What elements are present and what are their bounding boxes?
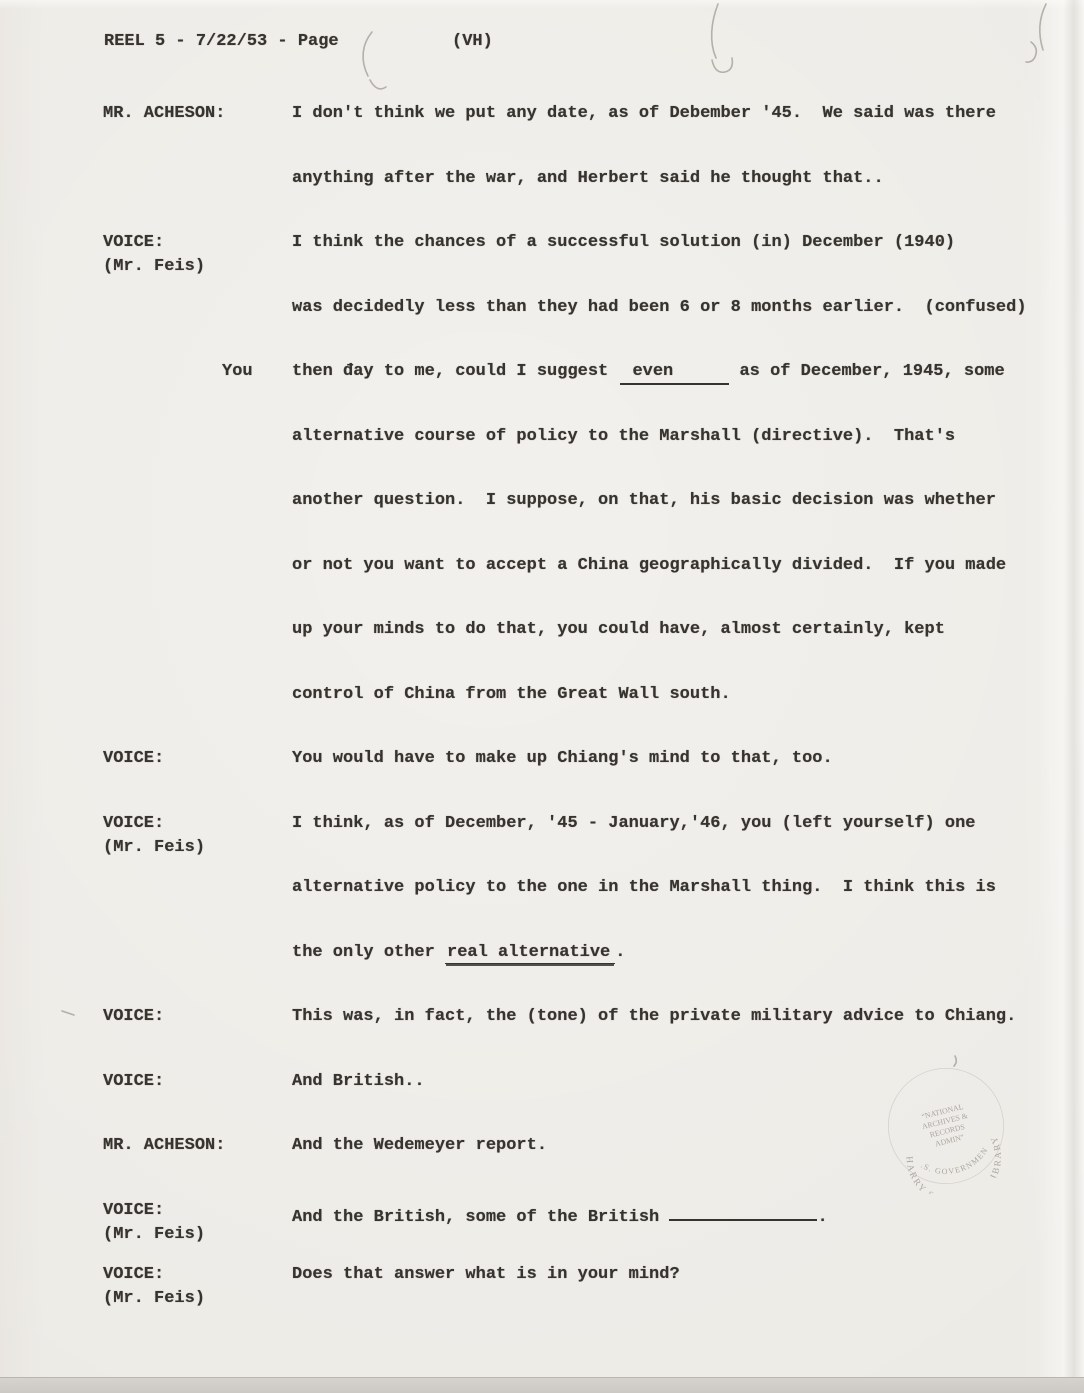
transcript-row: VOICE: You would have to make up Chiang'… [0, 749, 1084, 813]
transcript-row: alternative policy to the one in the Mar… [0, 878, 1084, 942]
dialogue-line: was decidedly less than they had been 6 … [292, 298, 1027, 317]
transcript-row: VOICE: This was, in fact, the (tone) of … [0, 1007, 1084, 1071]
dialogue-line: You would have to make up Chiang's mind … [292, 749, 833, 768]
transcript-row: VOICE: (Mr. Feis) I think the chances of… [0, 233, 1084, 297]
dialogue-segment: . [817, 1208, 827, 1227]
transcript-row: VOICE: (Mr. Feis) Does that answer what … [0, 1265, 1084, 1329]
speaker-label: You [222, 362, 253, 381]
transcript-row: the only other real alternative. [0, 943, 1084, 1007]
transcript-row: anything after the war, and Herbert said… [0, 169, 1084, 233]
page-bottom-edge [0, 1377, 1084, 1393]
speaker-label: VOICE: [103, 1007, 164, 1026]
dialogue-line: alternative policy to the one in the Mar… [292, 878, 996, 897]
dialogue-line: And British.. [292, 1072, 425, 1091]
speaker-label: VOICE: [103, 1265, 164, 1284]
dialogue-segment: . [615, 943, 625, 962]
speaker-sub-label: (Mr. Feis) [103, 1225, 205, 1244]
speaker-label: VOICE: [103, 233, 164, 252]
speaker-label: VOICE: [103, 1201, 164, 1220]
speaker-sub-label: (Mr. Feis) [103, 257, 205, 276]
transcript-row: was decidedly less than they had been 6 … [0, 298, 1084, 362]
transcript-row: alternative course of policy to the Mars… [0, 427, 1084, 491]
speaker-sub-label: (Mr. Feis) [103, 838, 205, 857]
speaker-label: VOICE: [103, 1072, 164, 1091]
transcript-row: VOICE: (Mr. Feis) I think, as of Decembe… [0, 814, 1084, 878]
dialogue-line: I don't think we put any date, as of Deb… [292, 104, 996, 123]
dialogue-line: And the Wedemeyer report. [292, 1136, 547, 1155]
transcript-row: You then đay to me, could I suggest even… [0, 362, 1084, 426]
dialogue-segment: as of December, 1945, some [729, 362, 1004, 381]
dialogue-line: up your minds to do that, you could have… [292, 620, 945, 639]
dialogue-line: alternative course of policy to the Mars… [292, 427, 955, 446]
transcript-row: another question. I suppose, on that, hi… [0, 491, 1084, 555]
blank-underline [669, 1201, 817, 1221]
dialogue-line: then đay to me, could I suggest even as … [292, 362, 1005, 385]
transcript-row: control of China from the Great Wall sou… [0, 685, 1084, 749]
dialogue-line: another question. I suppose, on that, hi… [292, 491, 996, 510]
dialogue-line: or not you want to accept a China geogra… [292, 556, 1006, 575]
dialogue-line: control of China from the Great Wall sou… [292, 685, 731, 704]
underlined-text: real alternative [445, 943, 615, 964]
dialogue-line: the only other real alternative. [292, 943, 625, 962]
dialogue-segment: the only other [292, 943, 445, 962]
dialogue-line: This was, in fact, the (tone) of the pri… [292, 1007, 1016, 1026]
dialogue-line: I think the chances of a successful solu… [292, 233, 955, 252]
dialogue-line: I think, as of December, '45 - January,'… [292, 814, 976, 833]
transcript-row: MR. ACHESON: I don't think we put any da… [0, 104, 1084, 168]
speaker-label: MR. ACHESON: [103, 104, 225, 123]
scanned-transcript-page: REEL 5 - 7/22/53 - Page (VH) MR. ACHESON… [0, 0, 1084, 1393]
speaker-label: VOICE: [103, 749, 164, 768]
transcript-row: up your minds to do that, you could have… [0, 620, 1084, 684]
transcript-row: VOICE: (Mr. Feis) And the British, some … [0, 1201, 1084, 1265]
speaker-sub-label: (Mr. Feis) [103, 1289, 205, 1308]
dialogue-segment: then đay to me, could I suggest [292, 362, 618, 381]
speaker-label: VOICE: [103, 814, 164, 833]
dialogue-line: And the British, some of the British . [292, 1201, 828, 1227]
dialogue-line: anything after the war, and Herbert said… [292, 169, 884, 188]
underlined-text: even [620, 362, 729, 385]
dialogue-line: Does that answer what is in your mind? [292, 1265, 680, 1284]
speaker-label: MR. ACHESON: [103, 1136, 225, 1155]
dialogue-segment: And the British, some of the British [292, 1208, 669, 1227]
transcript-row: or not you want to accept a China geogra… [0, 556, 1084, 620]
